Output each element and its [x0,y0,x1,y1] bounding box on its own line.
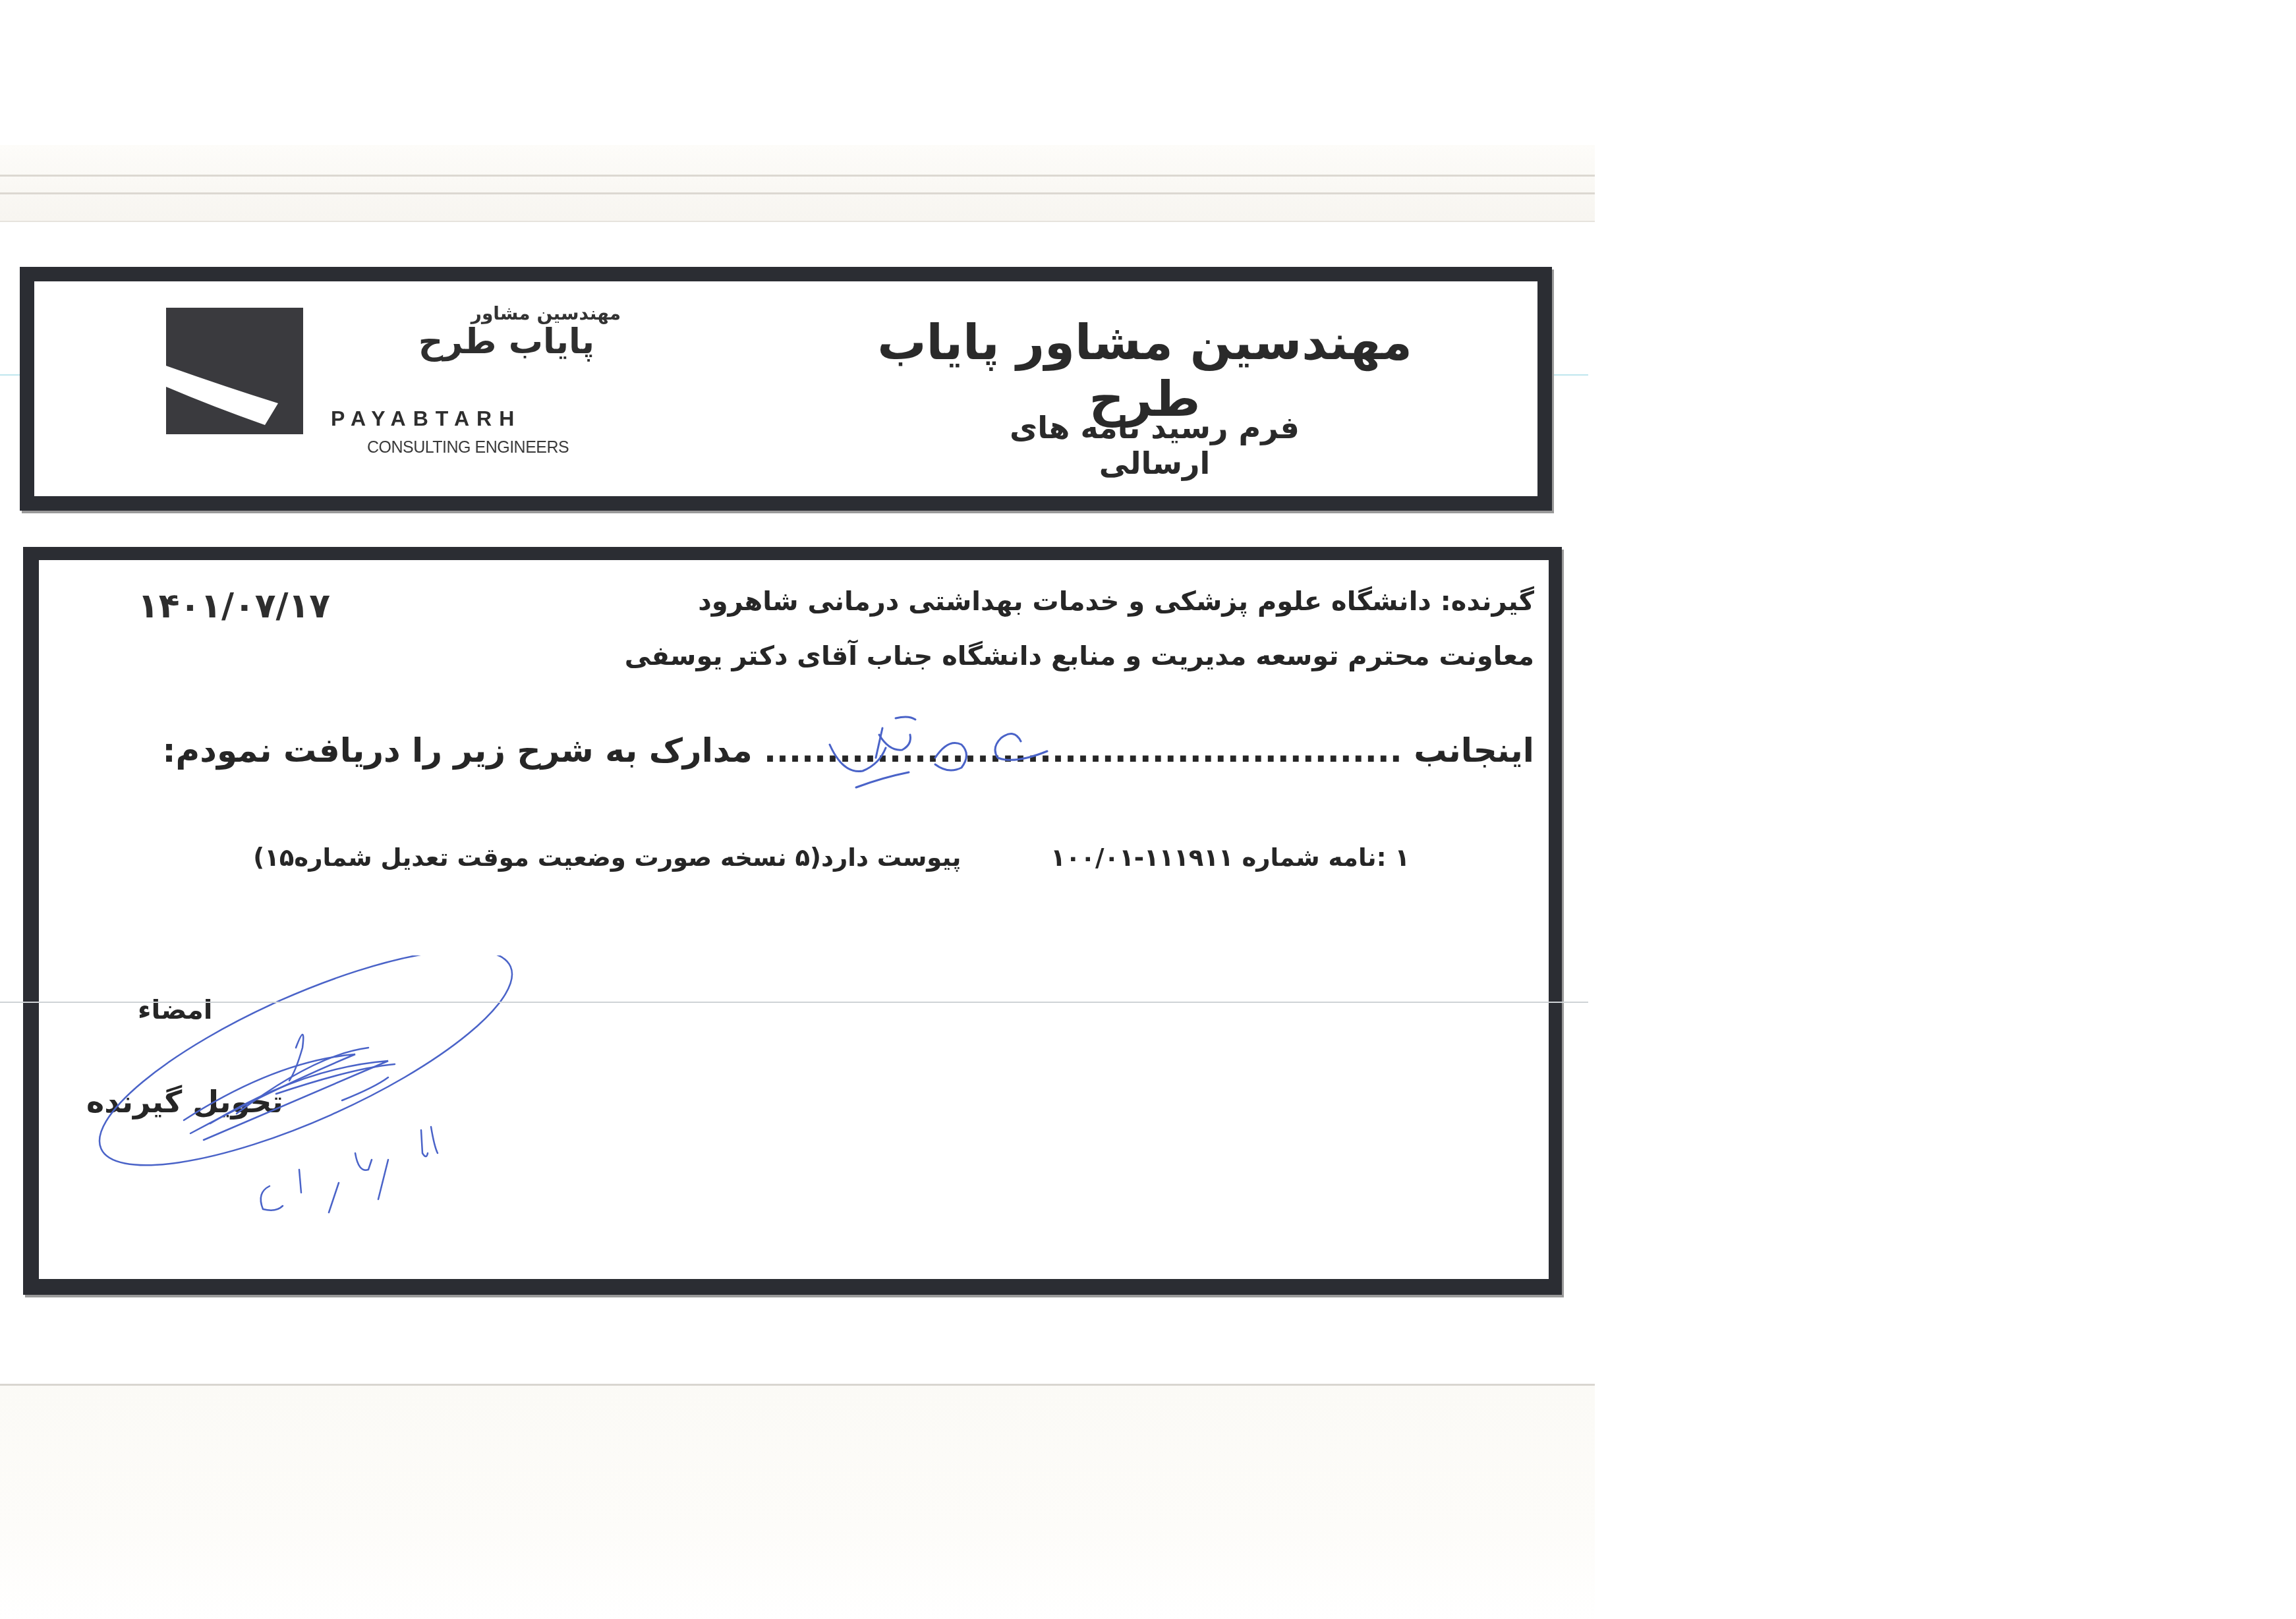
handwritten-name-signature [737,712,1080,791]
paper-fold-line [0,175,1595,177]
item-letter-number: ۱ :نامه شماره ۱۱۱۹۱۱-۱۰۰/۰۱ [1050,843,1410,872]
logo-english-subtitle: CONSULTING ENGINEERS [367,438,569,457]
recipient-title-line: معاونت محترم توسعه مدیریت و منابع دانشگا… [612,641,1534,671]
paper-fold-line [0,192,1595,194]
receiver-signature [78,955,540,1259]
logo-persian-subtitle: مهندسین مشاور [364,302,621,324]
payabtarh-logo-icon [166,308,303,434]
recipient-line: گیرنده: دانشگاه علوم پزشکی و خدمات بهداش… [612,586,1534,617]
header-frame: مهندسین مشاور پایاب طرح PAYABTARH CONSUL… [20,267,1552,511]
logo-persian-name: پایاب طرح [364,322,594,362]
receipt-prefix: اینجانب [1414,731,1534,770]
document-date: ۱۴۰۱/۰۷/۱۷ [138,586,330,626]
scan-artifact-line [0,1002,1588,1003]
document-item: ۱ :نامه شماره ۱۱۱۹۱۱-۱۰۰/۰۱ پیوست دارد(۵… [276,843,1410,872]
item-attachment: پیوست دارد(۵ نسخه صورت وضعیت موقت تعدیل … [253,843,961,872]
logo-english-name: PAYABTARH [331,407,521,431]
form-title: فرم رسید نامه های ارسالی [957,410,1352,481]
receipt-suffix: مدارک به شرح زیر را دریافت نمودم: [163,731,753,770]
body-frame: گیرنده: دانشگاه علوم پزشکی و خدمات بهداش… [23,547,1562,1295]
scanned-paper-top-edge [0,145,1595,222]
scanned-paper-bottom-edge [0,1384,1595,1619]
